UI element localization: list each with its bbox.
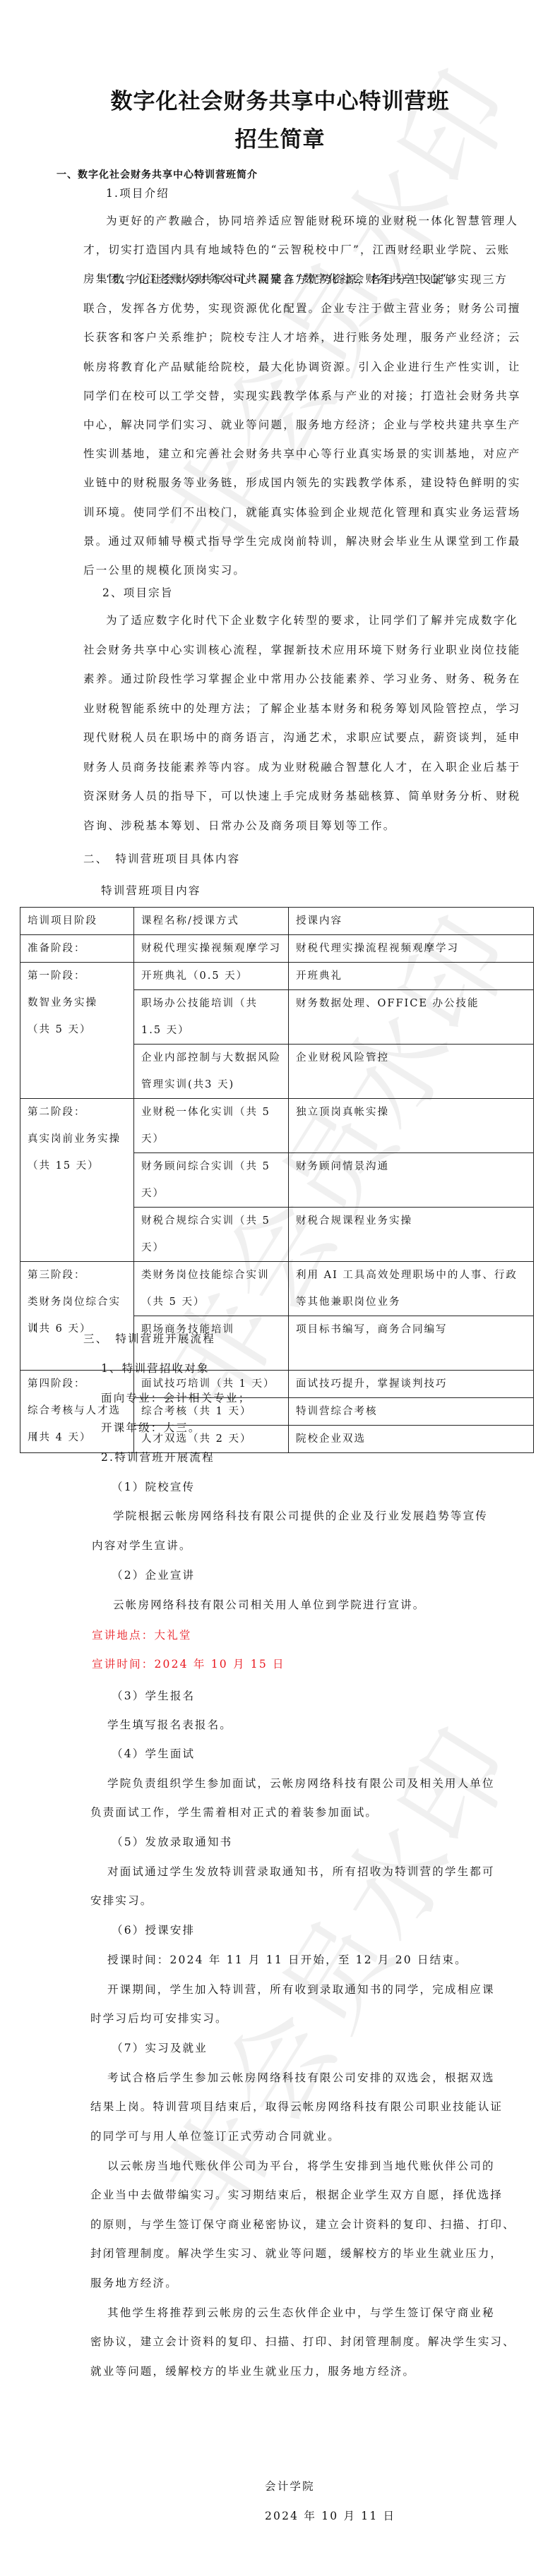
step-text-line: 结果上岗。特训营项目结束后，取得云帐房网络科技有限公司职业技能认证 bbox=[90, 2098, 503, 2114]
paragraph-line: 社会财务共享中心实训核心流程，掌握新技术应用环境下财务行业职业岗位技能 bbox=[83, 642, 521, 657]
stage-label: 真实岗前业务实操 bbox=[28, 1126, 126, 1152]
paragraph-line: 联合，发挥各方优势，实现资源优化配置。企业专注于做主营业务；财务公司擅 bbox=[83, 300, 521, 315]
step-text-line: 授课时间：2024 年 11 月 11 日开始，至 12 月 20 日结束。 bbox=[107, 1951, 467, 1967]
page-subtitle: 招生简章 bbox=[0, 121, 560, 153]
paragraph-line: 帐房将教育化产品赋能给院校，最大化协调资源。引入企业进行生产性实训，让 bbox=[83, 359, 521, 374]
stage-label: 第二阶段： bbox=[28, 1099, 126, 1126]
paragraph-line: 训环境。使同学们不出校门，就能真实体验到企业规范化管理和真实业务运营场 bbox=[83, 504, 521, 519]
step-text-line: 学院根据云帐房网络科技有限公司提供的企业及行业发展趋势等宣传 bbox=[113, 1507, 488, 1523]
stage-cell: 第四阶段：综合考核与人才选用（共 4 天） bbox=[20, 1371, 134, 1453]
step-text-line: 内容对学生宣讲。 bbox=[92, 1537, 192, 1553]
column-header: 授课内容 bbox=[289, 908, 534, 935]
step-text-line: 学生填写报名表报名。 bbox=[107, 1716, 232, 1732]
table-header-row: 培训项目阶段课程名称/授课方式授课内容 bbox=[20, 908, 534, 935]
step-text-line: 封闭管理制度。解决学生实习、就业等问题，缓解校方的毕业生就业压力， bbox=[90, 2245, 503, 2261]
target-grade: 开课年级：大三。 bbox=[101, 1419, 201, 1435]
step-text-line: 其他学生将推荐到云帐房的云生态伙伴企业中，与学生签订保守商业秘 bbox=[107, 2304, 495, 2320]
paragraph-line: 资深财务人员的指导下，可以快速上手完成财务基础核算、简单财务分析、财税 bbox=[83, 788, 521, 803]
column-header: 培训项目阶段 bbox=[20, 908, 134, 935]
paragraph-line: 业财税智能系统中的处理方法；了解企业基本财务和税务筹划风险管控点，学习 bbox=[83, 700, 521, 716]
step-text-line: 密协议，建立会计资料的复印、扫描、打印、封闭管理制度。解决学生实习、 bbox=[90, 2333, 516, 2349]
course-cell: 开班典礼（0.5 天） bbox=[134, 963, 289, 990]
signature-org: 会计学院 bbox=[265, 2478, 315, 2493]
step-text-line: 时学习后均可安排实习。 bbox=[90, 2010, 228, 2026]
course-cell: 业财税一体化实训（共 5 天） bbox=[134, 1099, 289, 1153]
step-title: （5）发放录取通知书 bbox=[112, 1834, 232, 1849]
column-header: 课程名称/授课方式 bbox=[134, 908, 289, 935]
sub2-title: 2、项目宗旨 bbox=[102, 584, 174, 600]
content-cell: 面试技巧提升，掌握谈判技巧 bbox=[289, 1371, 534, 1398]
stage-label: 第三阶段： bbox=[28, 1262, 126, 1289]
target-title: 1、特训营招收对象 bbox=[101, 1360, 210, 1376]
course-cell: 类财务岗位技能综合实训（共 5 天） bbox=[134, 1262, 289, 1316]
sub1-title: 1.项目介绍 bbox=[106, 185, 169, 200]
step-title: （4）学生面试 bbox=[112, 1745, 195, 1761]
course-cell: 财税代理实操视频观摩学习 bbox=[134, 935, 289, 963]
content-cell: 利用 AI 工具高效处理职场中的人事、行政等其他兼职岗位业务 bbox=[289, 1262, 534, 1316]
content-cell: 企业财税风险管控 bbox=[289, 1045, 534, 1099]
section1-heading: 一、数字化社会财务共享中心特训营班简介 bbox=[56, 167, 258, 181]
paragraph-line: 同学们在校可以工学交替，实现实践教学体系与产业的对接；打造社会财务共享 bbox=[83, 387, 521, 403]
content-cell: 院校企业双选 bbox=[289, 1426, 534, 1453]
paragraph-line: 现代财税人员在职场中的商务语言，沟通艺术，求职应试要点，薪资谈判，延申 bbox=[83, 729, 521, 745]
paragraph-line: 景。通过双师辅导模式指导学生完成岗前特训，解决财会毕业生从课堂到工作最 bbox=[83, 533, 521, 548]
paragraph-line: 素养。通过阶段性学习掌握企业中常用办公技能素养、学习业务、财务、税务在 bbox=[83, 670, 521, 686]
step-text-line: 服务地方经济。 bbox=[90, 2275, 178, 2290]
course-cell: 财税合规综合实训（共 5 天） bbox=[134, 1208, 289, 1262]
paragraph-line: 才，切实打造国内具有地域特色的“云智税校中厂”，江西财经职业学院、云账 bbox=[83, 241, 510, 257]
paragraph-line: 性实训基地，建立和完善社会财务共享中心等行业真实场景的实训基地，对应产 bbox=[83, 445, 521, 461]
stage-label: 数智业务实操 bbox=[28, 989, 126, 1016]
section2-heading: 二、 特训营班项目具体内容 bbox=[83, 850, 240, 866]
step-title: （3）学生报名 bbox=[112, 1687, 195, 1703]
paragraph-line: 为了适应数字化时代下企业数字化转型的要求，让同学们了解并完成数字化 bbox=[106, 612, 518, 627]
step-title: （2）企业宣讲 bbox=[112, 1567, 195, 1582]
paragraph-line: 业链中的财税服务等业务链，形成国内领先的实践教学体系，建设特色鲜明的实 bbox=[83, 474, 521, 490]
paragraph-line: 中心，解决同学们实习、就业等问题，服务地方经济；企业与学校共建共享生产 bbox=[83, 416, 521, 432]
step-title: （1）院校宣传 bbox=[112, 1479, 195, 1494]
stage-label: （共 15 天） bbox=[28, 1152, 126, 1179]
stage-label: 准备阶段： bbox=[28, 935, 126, 962]
content-cell: 财务顾问情景沟通 bbox=[289, 1153, 534, 1208]
step-text-line: 云帐房网络科技有限公司相关用人单位到学院进行宣讲。 bbox=[113, 1596, 426, 1612]
course-cell: 财务顾问综合实训（共 5 天） bbox=[134, 1153, 289, 1208]
content-cell: 特训营综合考核 bbox=[289, 1398, 534, 1426]
step-text-line: 开课期间，学生加入特训营，所有收到录取通知书的同学，完成相应课 bbox=[107, 1981, 495, 1997]
content-cell: 项目标书编写，商务合同编写 bbox=[289, 1316, 534, 1371]
course-table: 培训项目阶段课程名称/授课方式授课内容准备阶段：财税代理实操视频观摩学习财税代理… bbox=[20, 907, 534, 1453]
table-row: 第四阶段：综合考核与人才选用（共 4 天）面试技巧培训（共 1 天）面试技巧提升… bbox=[20, 1371, 534, 1398]
stage-cell: 第三阶段：类财务岗位综合实训（共 6 天） bbox=[20, 1262, 134, 1371]
step-title: （6）授课安排 bbox=[112, 1922, 195, 1937]
step-text-line: 的同学可与用人单位签订正式劳动合同就业。 bbox=[90, 2128, 340, 2143]
content-cell: 财税代理实操流程视频观摩学习 bbox=[289, 935, 534, 963]
table-row: 第三阶段：类财务岗位综合实训（共 6 天）类财务岗位技能综合实训（共 5 天）利… bbox=[20, 1262, 534, 1316]
signature-date: 2024 年 10 月 11 日 bbox=[265, 2508, 395, 2523]
step-text-line: 企业当中去做带编实习。实习期结束后，根据企业学生双方自愿，择优选择 bbox=[90, 2186, 503, 2202]
step-text-line: 考试合格后学生参加云帐房网络科技有限公司安排的双选会，根据双选 bbox=[107, 2069, 495, 2085]
content-cell: 开班典礼 bbox=[289, 963, 534, 990]
target-major: 面向专业：会计相关专业； bbox=[101, 1390, 251, 1405]
paragraph-line: 财务人员商务技能素养等内容。成为业财税融合智慧化人才，在入职企业后基于 bbox=[83, 759, 521, 774]
paragraph-line: 为更好的产教融合，协同培养适应智能财税环境的业财税一体化智慧管理人 bbox=[106, 212, 518, 228]
step-text-line: 以云帐房当地代账伙伴公司为平台，将学生安排到当地代账伙伴公司的 bbox=[107, 2157, 495, 2173]
step-text-line: 对面试通过学生发放特训营录取通知书，所有招收为特训营的学生都可 bbox=[107, 1863, 495, 1879]
section3-heading: 三、 特训营班开展流程 bbox=[83, 1330, 215, 1346]
flow-title: 2.特训营班开展流程 bbox=[101, 1449, 215, 1464]
course-cell: 职场办公技能培训（共 1.5 天） bbox=[134, 990, 289, 1045]
step-text-line: 安排实习。 bbox=[90, 1892, 153, 1908]
table-row: 准备阶段：财税代理实操视频观摩学习财税代理实操流程视频观摩学习 bbox=[20, 935, 534, 963]
stage-cell: 第二阶段：真实岗前业务实操（共 15 天） bbox=[20, 1099, 134, 1262]
content-cell: 财务数据处理、OFFICE 办公技能 bbox=[289, 990, 534, 1045]
paragraph-line: 长获客和客户关系维护；院校专注人才培养，进行账务处理，服务产业经济；云 bbox=[83, 329, 521, 344]
table-row: 第二阶段：真实岗前业务实操（共 15 天）业财税一体化实训（共 5 天）独立顶岗… bbox=[20, 1099, 534, 1153]
stage-label: 第一阶段： bbox=[28, 963, 126, 989]
paragraph-line: 咨询、涉税基本筹划、日常办公及商务项目筹划等工作。 bbox=[83, 817, 396, 833]
course-cell: 企业内部控制与大数据风险管理实训(共3 天) bbox=[134, 1045, 289, 1099]
step-text-line: 负责面试工作，学生需着相对正式的着装参加面试。 bbox=[90, 1804, 378, 1819]
stage-cell: 第一阶段：数智业务实操（共 5 天） bbox=[20, 963, 134, 1099]
table-row: 第一阶段：数智业务实操（共 5 天）开班典礼（0.5 天）开班典礼 bbox=[20, 963, 534, 990]
stage-cell: 准备阶段： bbox=[20, 935, 134, 963]
step-text-line: 的原则，与学生签订保守商业秘密协议，建立会计资料的复印、扫描、打印、 bbox=[90, 2216, 516, 2232]
content-cell: 独立顶岗真帐实操 bbox=[289, 1099, 534, 1153]
content-cell: 财税合规课程业务实操 bbox=[289, 1208, 534, 1262]
paragraph-line: “数字化社会财务共享中心”凝聚各方优势资源，各自分工又能够实现三方 bbox=[106, 271, 508, 287]
time-text: 宣讲时间：2024 年 10 月 15 日 bbox=[92, 1656, 285, 1671]
venue-text: 宣讲地点：大礼堂 bbox=[92, 1627, 192, 1642]
step-title: （7）实习及就业 bbox=[112, 2040, 208, 2055]
step-text-line: 学院负责组织学生参加面试，云帐房网络科技有限公司及相关用人单位 bbox=[107, 1775, 495, 1790]
stage-label: （共 5 天） bbox=[28, 1016, 126, 1043]
table-caption: 特训营班项目内容 bbox=[101, 882, 201, 898]
page-title: 数字化社会财务共享中心特训营班 bbox=[0, 83, 560, 115]
step-text-line: 就业等问题，缓解校方的毕业生就业压力，服务地方经济。 bbox=[90, 2363, 415, 2378]
stage-label: 类财务岗位综合实训 bbox=[28, 1289, 126, 1316]
paragraph-line: 后一公里的规模化顶岗实习。 bbox=[83, 562, 246, 577]
